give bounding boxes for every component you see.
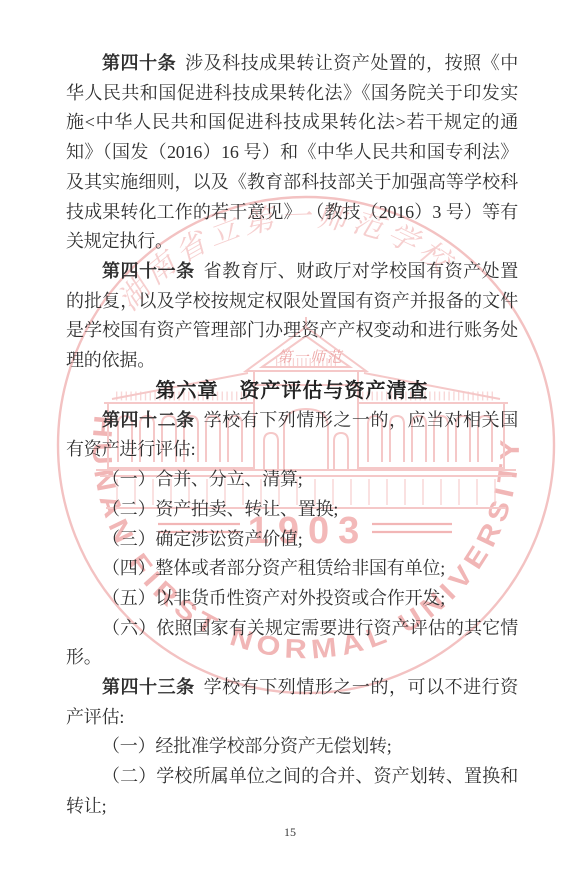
article-42-item-1: （一）合并、分立、清算; <box>66 465 518 495</box>
article-42-item-6: （六）依照国家有关规定需要进行资产评估的其它情形。 <box>66 614 518 673</box>
article-40-text: 涉及科技成果转让资产处置的，按照《中华人民共和国促进科技成果转化法》《国务院关于… <box>66 53 518 251</box>
article-43-item-1: （一）经批准学校部分资产无偿划转; <box>66 732 518 762</box>
chapter-6-heading: 第六章 资产评估与资产清查 <box>66 376 518 406</box>
article-42-item-2: （二）资产拍卖、转让、置换; <box>66 495 518 525</box>
article-42-paragraph: 第四十二条学校有下列情形之一的，应当对相关国有资产进行评估: <box>66 406 518 465</box>
article-41-number: 第四十一条 <box>102 261 204 281</box>
article-42-number: 第四十二条 <box>102 410 204 430</box>
document-body: 第四十条涉及科技成果转让资产处置的，按照《中华人民共和国促进科技成果转化法》《国… <box>0 0 580 822</box>
article-42-item-3: （三）确定涉讼资产价值; <box>66 525 518 555</box>
article-42-item-4: （四）整体或者部分资产租赁给非国有单位; <box>66 554 518 584</box>
article-43-item-2: （二）学校所属单位之间的合并、资产划转、置换和转让; <box>66 762 518 821</box>
article-43-number: 第四十三条 <box>102 677 204 697</box>
article-40-paragraph: 第四十条涉及科技成果转让资产处置的，按照《中华人民共和国促进科技成果转化法》《国… <box>66 49 518 257</box>
document-page: 湖南省立第一师范学校 HUNAN FIRST NORMAL UNIVERSITY <box>0 0 580 883</box>
article-43-paragraph: 第四十三条学校有下列情形之一的，可以不进行资产评估: <box>66 673 518 732</box>
page-number: 15 <box>0 825 580 840</box>
article-41-paragraph: 第四十一条省教育厅、财政厅对学校国有资产处置的批复，以及学校按规定权限处置国有资… <box>66 257 518 376</box>
article-42-item-5: （五）以非货币性资产对外投资或合作开发; <box>66 584 518 614</box>
article-40-number: 第四十条 <box>102 53 185 73</box>
